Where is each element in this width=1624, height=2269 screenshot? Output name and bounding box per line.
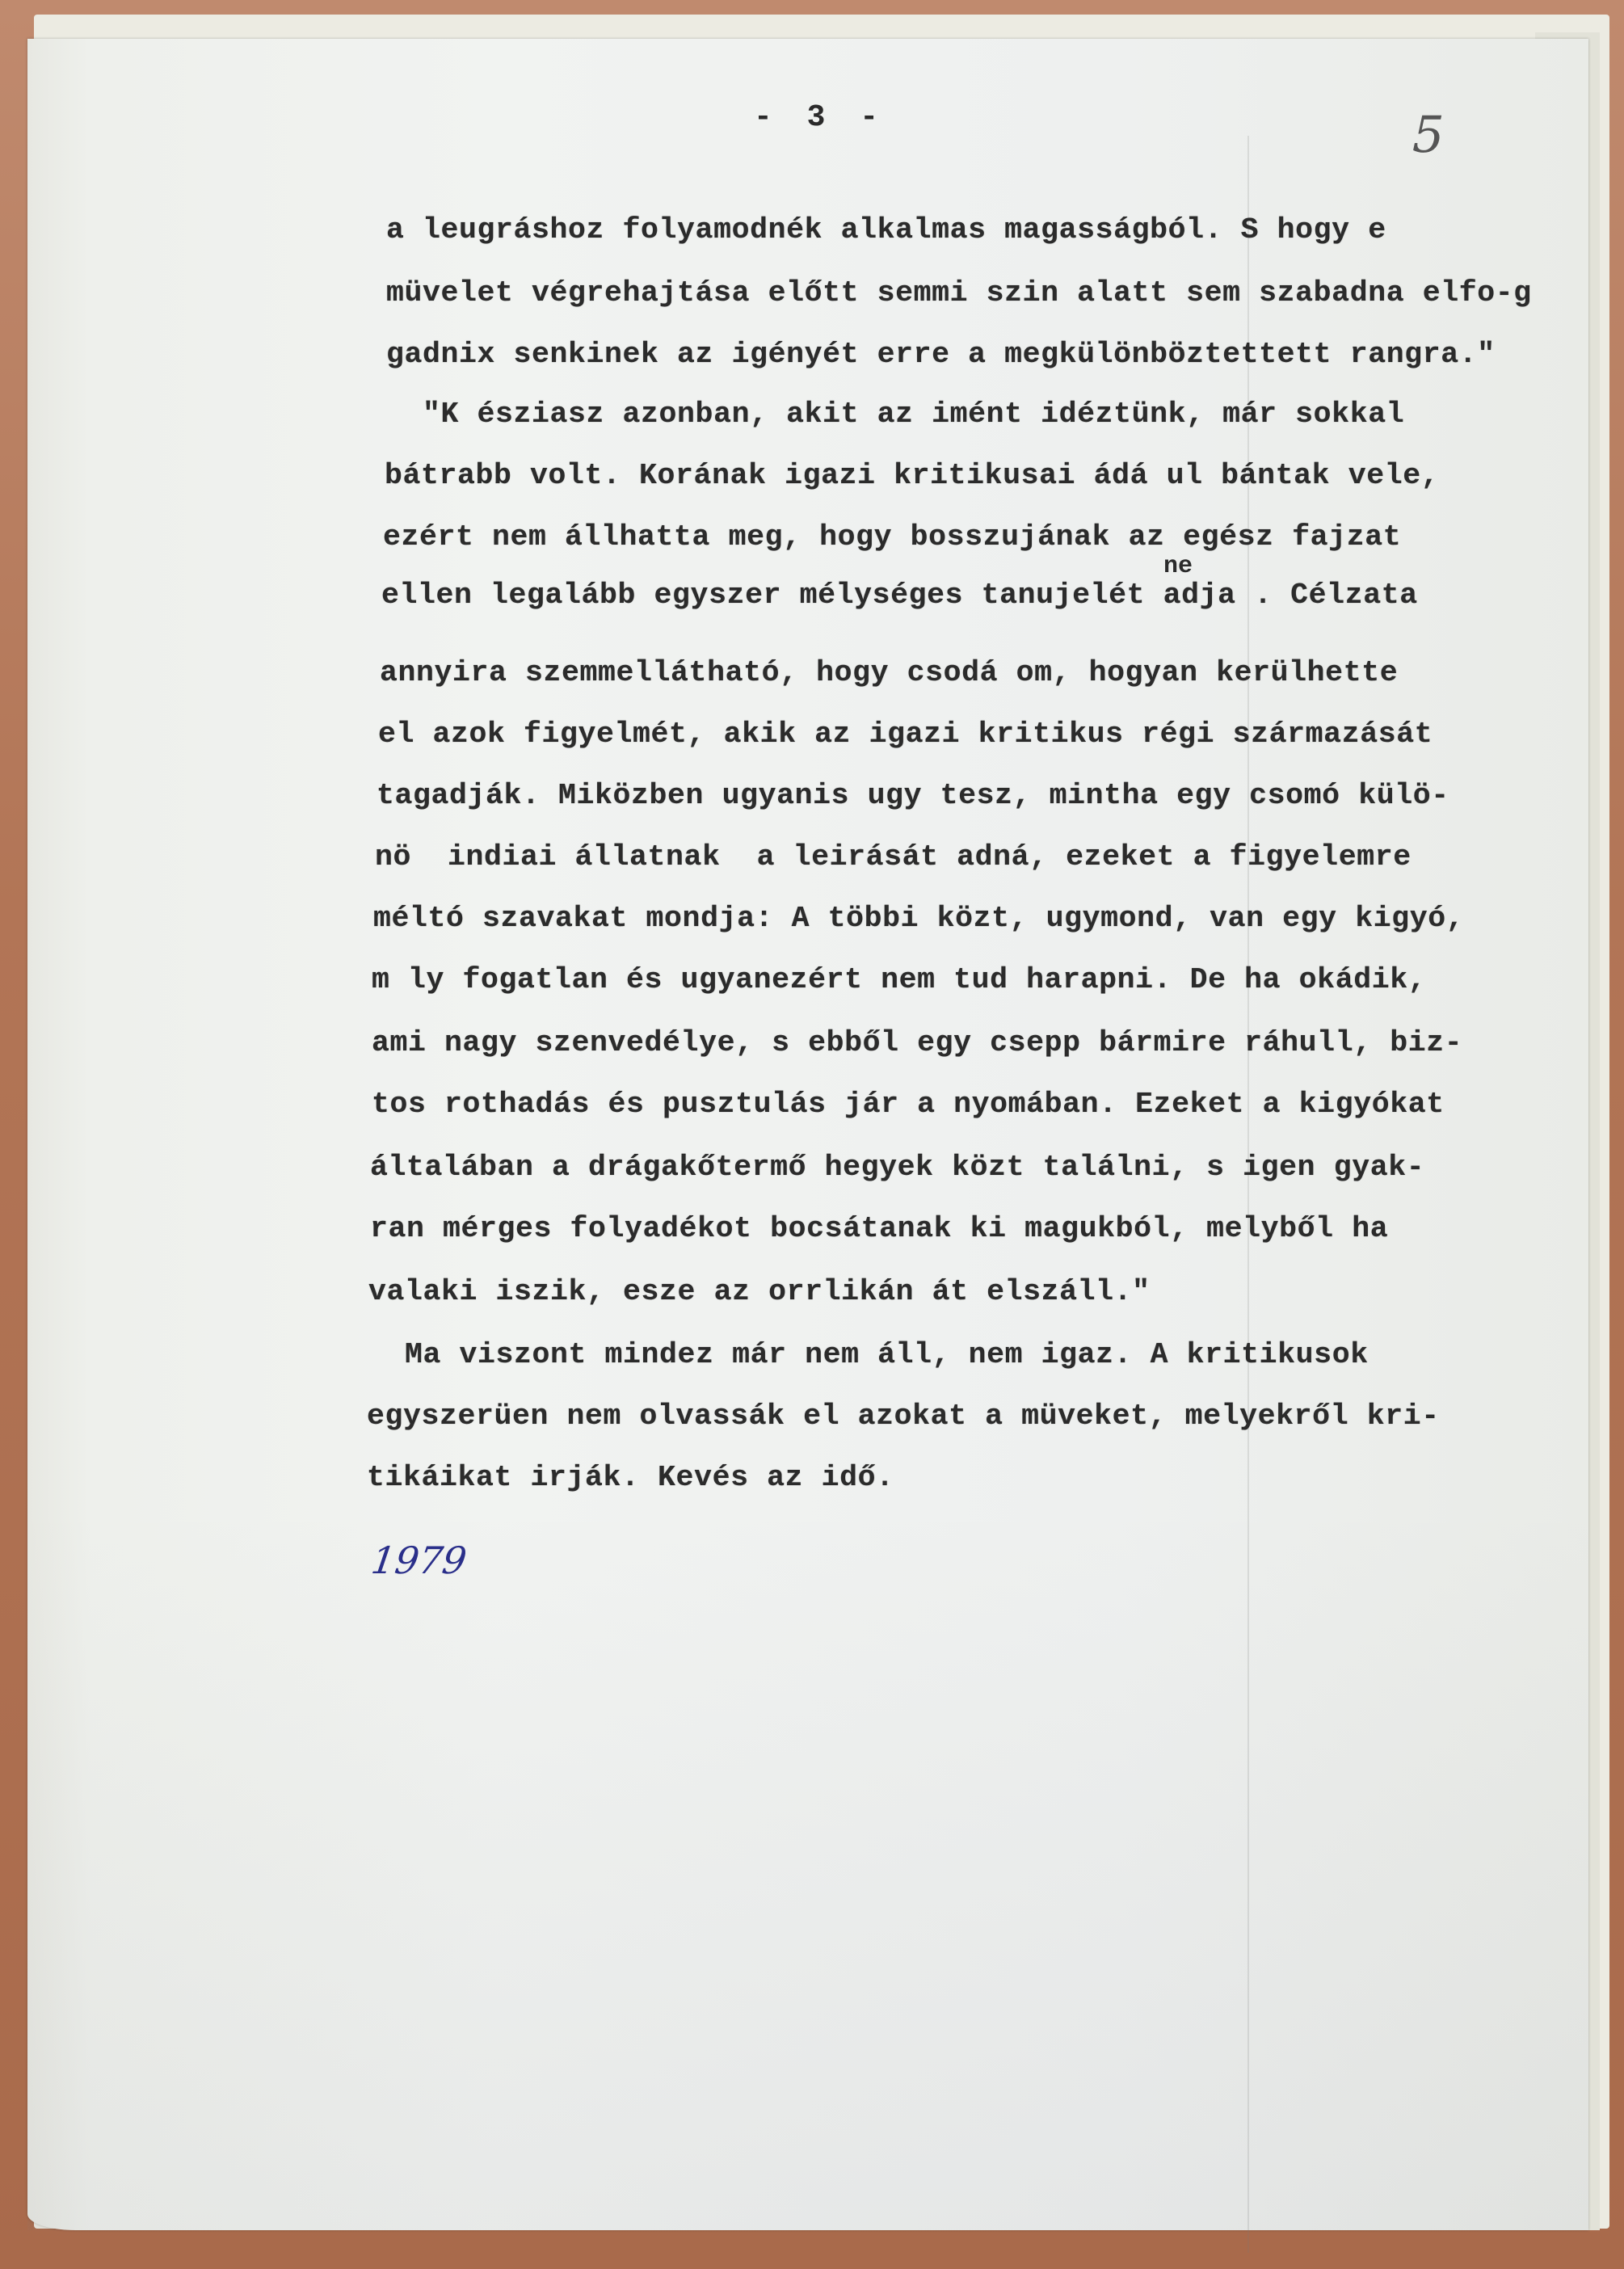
text-line: Ma viszont mindez már nem áll, nem igaz.… bbox=[368, 1338, 1369, 1371]
text-line: m ly fogatlan és ugyanezért nem tud hara… bbox=[372, 963, 1426, 996]
text-line: ami nagy szenvedélye, s ebből egy csepp … bbox=[372, 1026, 1462, 1059]
text-line: a leugráshoz folyamodnék alkalmas magass… bbox=[386, 213, 1386, 246]
handwritten-date: 1979 bbox=[368, 1539, 469, 1582]
text-line: valaki iszik, esze az orrlikán át elszál… bbox=[368, 1275, 1151, 1308]
text-line: tagadják. Miközben ugyanis ugy tesz, min… bbox=[377, 779, 1449, 812]
text-line: tos rothadás és pusztulás jár a nyomában… bbox=[372, 1088, 1445, 1121]
paper-fold-crease bbox=[1247, 136, 1249, 2253]
text-line: tikáikat irják. Kevés az idő. bbox=[367, 1461, 894, 1494]
text-line: ellen legalább egyszer mélységes tanujel… bbox=[381, 579, 1418, 612]
text-line: méltó szavakat mondja: A többi közt, ugy… bbox=[373, 902, 1464, 935]
text-line: egyszerüen nem olvassák el azokat a müve… bbox=[367, 1400, 1440, 1433]
text-line: el azok figyelmét, akik az igazi kritiku… bbox=[378, 718, 1433, 751]
text-line: "K észiasz azonban, akit az imént idéztü… bbox=[386, 398, 1404, 431]
page-number: - 3 - bbox=[751, 100, 889, 135]
text-line: annyira szemmellátható, hogy csodá om, h… bbox=[380, 656, 1398, 689]
text-line: nö indiai állatnak a leirását adná, ezek… bbox=[375, 840, 1412, 874]
text-line: müvelet végrehajtása előtt semmi szin al… bbox=[386, 276, 1532, 309]
interlinear-insertion: ne bbox=[1163, 553, 1193, 580]
text-line: bátrabb volt. Korának igazi kritikusai á… bbox=[385, 459, 1439, 492]
text-line: általában a drágakőtermő hegyek közt tal… bbox=[370, 1151, 1424, 1184]
text-line: ran mérges folyadékot bocsátanak ki magu… bbox=[370, 1212, 1388, 1245]
text-line: gadnix senkinek az igényét erre a megkül… bbox=[386, 338, 1496, 371]
text-line: ezért nem állhatta meg, hogy bosszujának… bbox=[383, 520, 1401, 554]
